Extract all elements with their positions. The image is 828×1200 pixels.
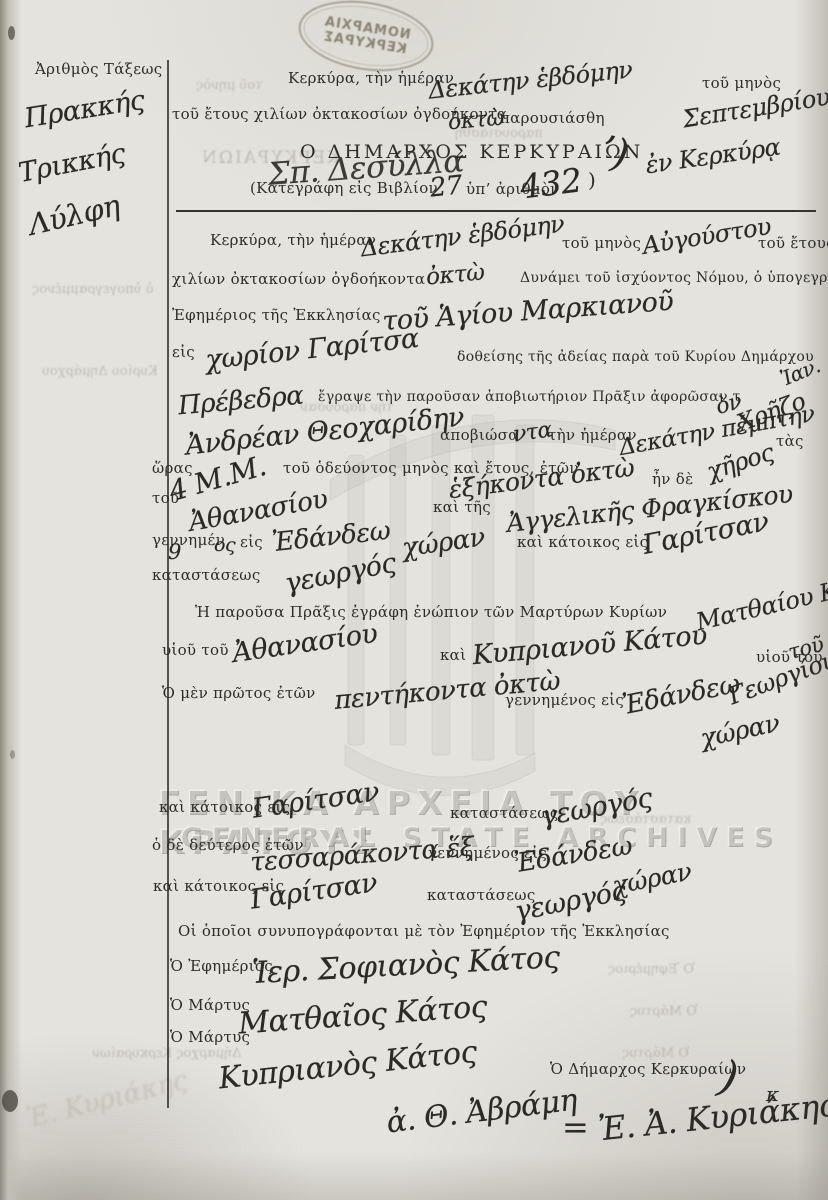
handwritten-witness1-name: Ματθαίου Κάτου (693, 564, 828, 636)
handwritten-first-witness-birthplace: Ἐδάνδεω (620, 669, 742, 721)
body-handwritten-digit: 9 (168, 540, 181, 564)
body-handwritten-month: Αὐγούστου (641, 212, 773, 260)
header-handwritten-book-number: 27 (429, 170, 464, 203)
bleedthrough-text: τοῦ μηνὸς (196, 78, 262, 93)
handwritten-equals-mark: = (562, 1108, 588, 1146)
witness1-son-of-label: υἱοῦ τοῦ (162, 641, 229, 659)
body-law-clause: Δυνάμει τοῦ ἰσχύοντος Νόμου, ὁ ὑπογεγραμ… (520, 270, 828, 286)
body-at-hours-label-part1: τὰς (776, 432, 804, 450)
body-place-date-label: Κερκύρα, τὴν ἡμέραν (210, 231, 376, 249)
bleedthrough-signature: Ἐ. Κυριάκης (24, 1066, 191, 1135)
body-handwritten-parish: Πρέβεδρα (177, 381, 305, 422)
body-handwritten-year: ὀκτὼ (425, 260, 485, 291)
cosign-clause: Οἱ ὁποῖοι συνυπογράφονται μὲ τὸν Ἐφημέρι… (178, 922, 670, 940)
body-and-of-label: καὶ τῆς (433, 498, 491, 516)
flourish-mark: ʼ) (596, 128, 633, 179)
margin-handwritten-entry: Τρικκής (16, 138, 128, 189)
binding-edge (0, 0, 22, 1200)
body-deceased-label: ἀποβιώσα (440, 426, 519, 444)
first-witness-age-label: Ὁ μὲν πρῶτος ἐτῶν (162, 684, 316, 702)
ink-speck (8, 26, 15, 40)
witnesses-intro-label: Ἡ παροῦσα Πρᾶξις ἐγράφη ἐνώπιον τῶν Μαρτ… (195, 603, 667, 621)
bleedthrough-text: Κυρίου Δημάρχου (42, 364, 158, 379)
document-page: ΝΟΜΑΡΧΙΑ ΚΕΡΚΥΡΑΣ ΓΕΝΙΚΑ ΑΡΧΕΙΑ ΤΟΥ ΚΡΑΤ… (0, 0, 828, 1200)
handwritten-second-witness-occupation: γεωργός (512, 876, 628, 928)
mayor-signature: Ἐ. Ἀ. Κυριάκης (597, 1086, 828, 1149)
body-month-label: τοῦ μηνὸς (562, 234, 641, 252)
header-divider-rule (176, 210, 816, 212)
margin-handwritten-entry: Λύλφη (25, 188, 122, 242)
body-was-label: ἦν δὲ (652, 470, 693, 488)
witness1-signature: Ματθαῖος Κάτος (237, 989, 488, 1041)
header-registered-label: (Κατεγράφη εἰς Βιβλίον (250, 179, 438, 197)
header-handwritten-place: ἐν Κερκύρᾳ (644, 133, 782, 180)
header-presented-label: παρουσιάσθη (500, 109, 605, 127)
header-handwritten-day: Δεκάτην ἑβδόμην (427, 55, 634, 104)
body-son-of-label: τοῦ (152, 489, 179, 507)
body-born-at-label: εἰς (240, 533, 263, 551)
body-priest-of-church-label: Ἐφημέριος τῆς Ἐκκλησίας (172, 306, 381, 324)
handwritten-first-witness-birthplace2: χώραν (698, 708, 782, 753)
body-permission-clause: δοθείσης τῆς ἀδείας παρὰ τοῦ Κυρίου Δημά… (457, 349, 814, 365)
header-month-label: τοῦ μηνὸς (702, 74, 781, 92)
bleedthrough-text: Ὁ Μάρτυς (622, 1046, 689, 1061)
first-witness-born-label: γεννημένος εἰς (505, 691, 624, 709)
body-handwritten-marital-status: χῆρος (703, 438, 777, 486)
witness2-label: Ὁ Μάρτυς (170, 1028, 250, 1046)
handwritten-note: ἀ. Θ. Ἀβράμη (385, 1082, 579, 1140)
priest-signature: Ἱερ. Σοφιανὸς Κάτος (251, 940, 560, 991)
witness2-signature: Κυπριανὸς Κάτος (217, 1035, 479, 1097)
body-handwritten-church: τοῦ Ἁγίου Μαρκιανοῦ (381, 286, 674, 337)
body-handwritten-ending: ος (214, 534, 235, 556)
margin-divider-rule (167, 60, 169, 1108)
body-year-label-part2: χιλίων ὀκτακοσίων ὀγδοήκοντα (172, 270, 425, 288)
body-year-label-part1: τοῦ ἔτους (758, 234, 828, 252)
witnesses-and-label: καὶ (440, 646, 466, 664)
body-resident-label: καὶ κάτοικος εἰς (517, 533, 648, 551)
header-handwritten-year: ὀκτὼ (447, 106, 505, 136)
body-handwritten-day: Δεκάτην ἑβδόμην (359, 210, 566, 263)
order-number-label: Ἀριθμὸς Τάξεως (35, 60, 163, 78)
mayor-label: Ὁ Δήμαρχος Κερκυραίων (550, 1060, 746, 1078)
bleedthrough-text: ὁ ὑπογεγραμμένος (32, 282, 154, 297)
margin-handwritten-entry: Πρακκής (22, 85, 146, 135)
body-at-label: εἰς (172, 343, 195, 361)
ink-speck (2, 1090, 18, 1112)
body-wrote-act-clause: ἔγραψε τὴν παροῦσαν ἀποβιωτήριον Πρᾶξιν … (318, 389, 741, 405)
bleedthrough-text: Ὁ Ἐφημέριος (608, 962, 694, 977)
ink-speck (10, 750, 15, 759)
header-handwritten-act-number: 432 (518, 160, 584, 206)
close-paren: ) (588, 168, 596, 192)
body-handwritten-village: χωρίον Γαρίτσα (204, 323, 420, 376)
bleedthrough-text: Ὁ Μάρτυς (630, 1004, 697, 1019)
body-status-label: καταστάσεως (152, 566, 261, 584)
